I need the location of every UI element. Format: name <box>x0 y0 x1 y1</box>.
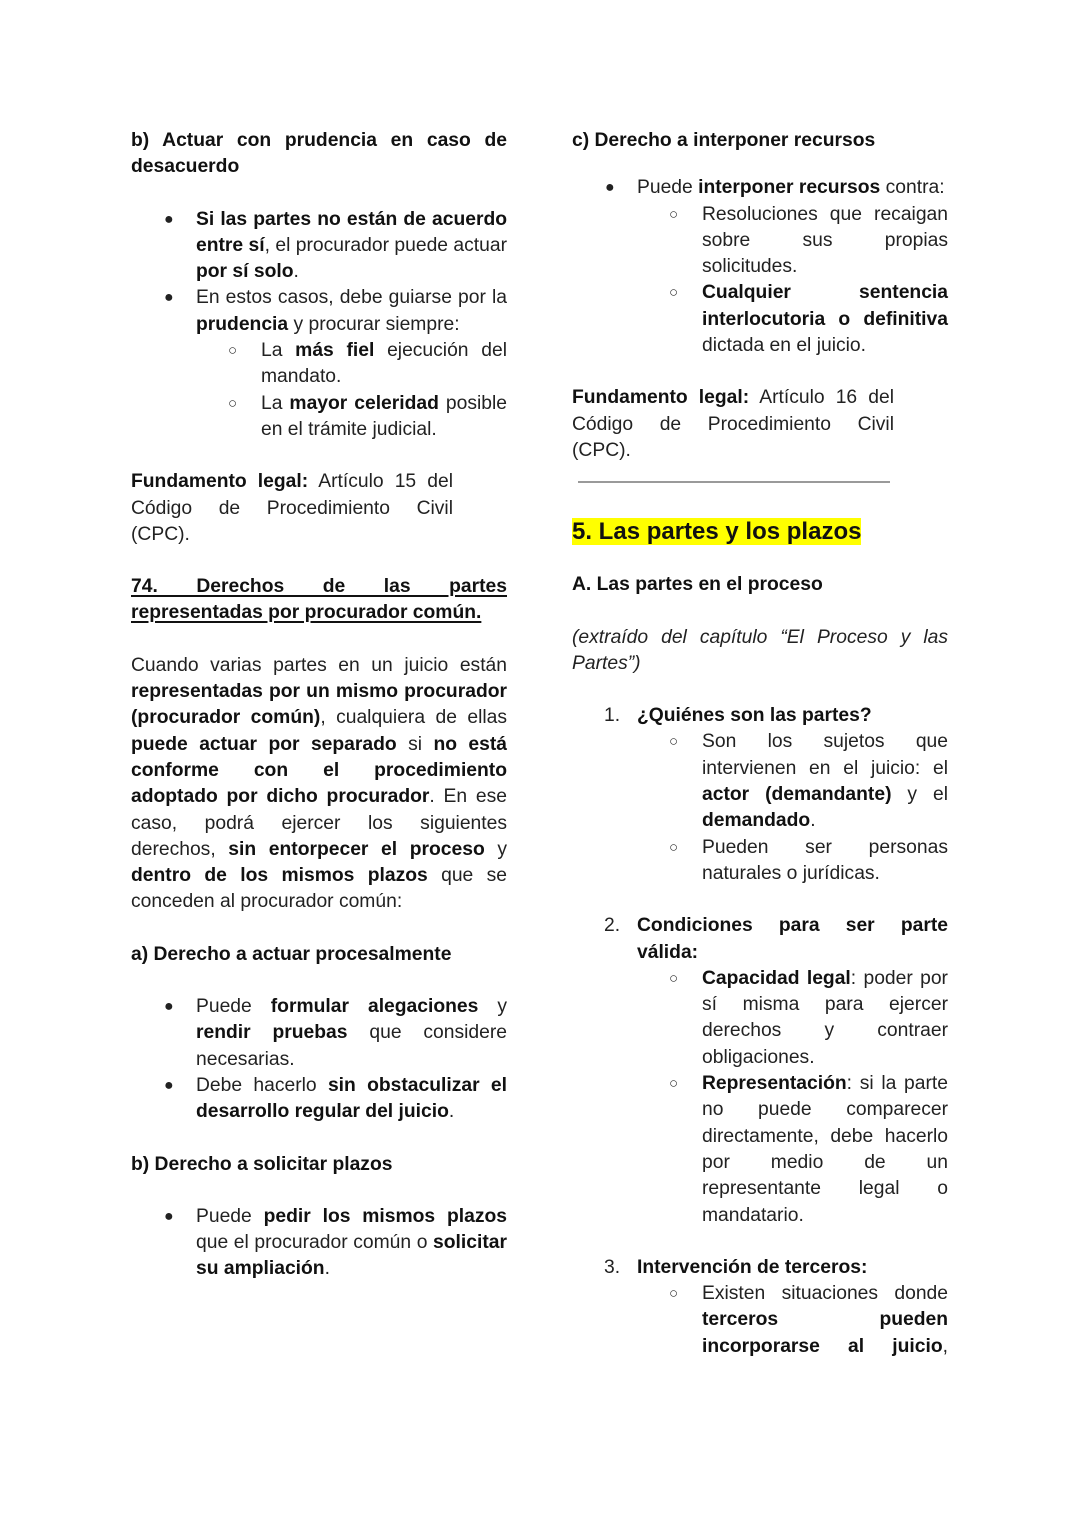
intro-paragraph: Cuando varias partes en un juicio están … <box>131 653 507 916</box>
bullet-list-prudencia: ● Si las partes no están de acuerdo entr… <box>131 207 507 444</box>
hollow-bullet-icon: ○ <box>669 1071 678 1097</box>
list-item: ○ Resoluciones que recaigan sobre sus pr… <box>572 202 948 281</box>
list-item: ● Si las partes no están de acuerdo entr… <box>131 207 507 286</box>
list-item: 1. ¿Quiénes son las partes? <box>572 703 948 729</box>
extract-note: (extraído del capítulo “El Proceso y las… <box>572 625 948 678</box>
subheading-plazos: b) Derecho a solicitar plazos <box>131 1152 507 1178</box>
list-item: ● Debe hacerlo sin obstaculizar el desar… <box>131 1073 507 1126</box>
numbered-list: 2. Condiciones para ser parte válida: ○ … <box>572 913 948 1229</box>
hollow-bullet-icon: ○ <box>669 1281 678 1307</box>
list-item: ● Puede formular alegaciones y rendir pr… <box>131 994 507 1073</box>
subheading-actuar: a) Derecho a actuar procesalmente <box>131 942 507 968</box>
list-item: ○ Son los sujetos que intervienen en el … <box>572 729 948 834</box>
subsection-a-title: A. Las partes en el proceso <box>572 572 948 598</box>
section-5-title: 5. Las partes y los plazos <box>572 517 948 547</box>
bullet-list-plazos: ● Puede pedir los mismos plazos que el p… <box>131 1204 507 1283</box>
section-74-title: 74. Derechos de las partes representadas… <box>131 574 507 627</box>
list-item: ● Puede interponer recursos contra: <box>572 175 948 201</box>
subheading-prudencia: b) Actuar con prudencia en caso de desac… <box>131 128 507 181</box>
list-item: ○ Capacidad legal: poder por sí misma pa… <box>572 966 948 1071</box>
subheading-recursos: c) Derecho a interponer recursos <box>572 128 948 154</box>
right-column: c) Derecho a interponer recursos ● Puede… <box>572 128 948 1360</box>
list-item: ○ La mayor celeridad posible en el trámi… <box>131 391 507 444</box>
list-item: ○ La más fiel ejecución del mandato. <box>131 338 507 391</box>
bullet-icon: ● <box>164 285 174 311</box>
hollow-bullet-icon: ○ <box>228 338 237 364</box>
list-item: ● En estos casos, debe guiarse por la pr… <box>131 285 507 338</box>
bullet-list-recursos: ● Puede interponer recursos contra: ○ Re… <box>572 175 948 359</box>
hollow-bullet-icon: ○ <box>228 391 237 417</box>
legal-basis-art16: Fundamento legal: Artículo 16 del Código… <box>572 385 894 464</box>
hollow-bullet-icon: ○ <box>669 966 678 992</box>
legal-basis-art15: Fundamento legal: Artículo 15 del Código… <box>131 469 453 548</box>
bullet-list-actuar: ● Puede formular alegaciones y rendir pr… <box>131 994 507 1125</box>
hollow-bullet-icon: ○ <box>669 280 678 306</box>
hollow-bullet-icon: ○ <box>669 729 678 755</box>
bullet-icon: ● <box>164 1073 174 1099</box>
hollow-bullet-icon: ○ <box>669 835 678 861</box>
bullet-icon: ● <box>164 207 174 233</box>
list-item: ○ Pueden ser personas naturales o jurídi… <box>572 835 948 888</box>
list-item: ● Puede pedir los mismos plazos que el p… <box>131 1204 507 1283</box>
numbered-list: 3. Intervención de terceros: ○ Existen s… <box>572 1255 948 1360</box>
hollow-bullet-icon: ○ <box>669 202 678 228</box>
bullet-icon: ● <box>605 175 615 201</box>
list-item: 3. Intervención de terceros: <box>572 1255 948 1281</box>
left-column: b) Actuar con prudencia en caso de desac… <box>131 128 507 1283</box>
list-item: 2. Condiciones para ser parte válida: <box>572 913 948 966</box>
numbered-list: 1. ¿Quiénes son las partes? ○ Son los su… <box>572 703 948 887</box>
bullet-icon: ● <box>164 994 174 1020</box>
list-item: ○ Representación: si la parte no puede c… <box>572 1071 948 1229</box>
bullet-icon: ● <box>164 1204 174 1230</box>
list-item: ○ Existen situaciones donde terceros pue… <box>572 1281 948 1360</box>
list-item: ○ Cualquier sentencia interlocutoria o d… <box>572 280 948 359</box>
